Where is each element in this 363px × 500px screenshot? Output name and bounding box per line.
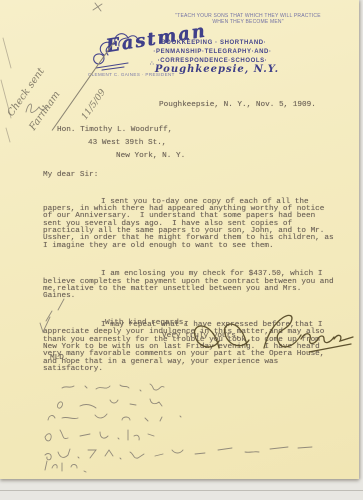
pencil-x-mark xyxy=(93,3,102,11)
paragraph-1: I sent you to-day one copy of each of al… xyxy=(43,199,335,250)
letter-sheet: "TEACH YOUR SONS THAT WHICH THEY WILL PR… xyxy=(0,0,359,479)
closing-valediction: Very truly yours, xyxy=(162,333,240,340)
recipient-city: New York, N. Y. xyxy=(116,153,185,160)
letterhead-subjects-2: ·PENMANSHIP·TELEGRAPHY·AND· xyxy=(140,49,285,55)
pencil-note-date: 11/5/09 xyxy=(80,88,108,122)
letter-body: I sent you to-day one copy of each of al… xyxy=(43,184,335,394)
recipient-name: Hon. Timothy L. Woodruff, xyxy=(57,127,172,134)
paragraph-3: I may repeat what I have expressed befor… xyxy=(43,322,335,373)
closing-regards: With kind regards, xyxy=(105,320,188,327)
letterhead-president: CLEMENT C. GAINES · PRESIDENT xyxy=(88,72,175,77)
paragraph-2: I am enclosing you my check for $437.50,… xyxy=(43,271,335,300)
typist-initials: MLD. xyxy=(50,355,68,362)
dateline: Poughkeepsie, N. Y., Nov. 5, 1909. xyxy=(159,102,316,109)
salutation: My dear Sir: xyxy=(43,172,98,179)
letterhead-subjects-1: ·BOOKKEEPING · SHORTHAND· xyxy=(140,40,285,46)
recipient-street: 43 West 39th St., xyxy=(88,140,166,147)
scan-sheet-edge xyxy=(0,490,363,491)
